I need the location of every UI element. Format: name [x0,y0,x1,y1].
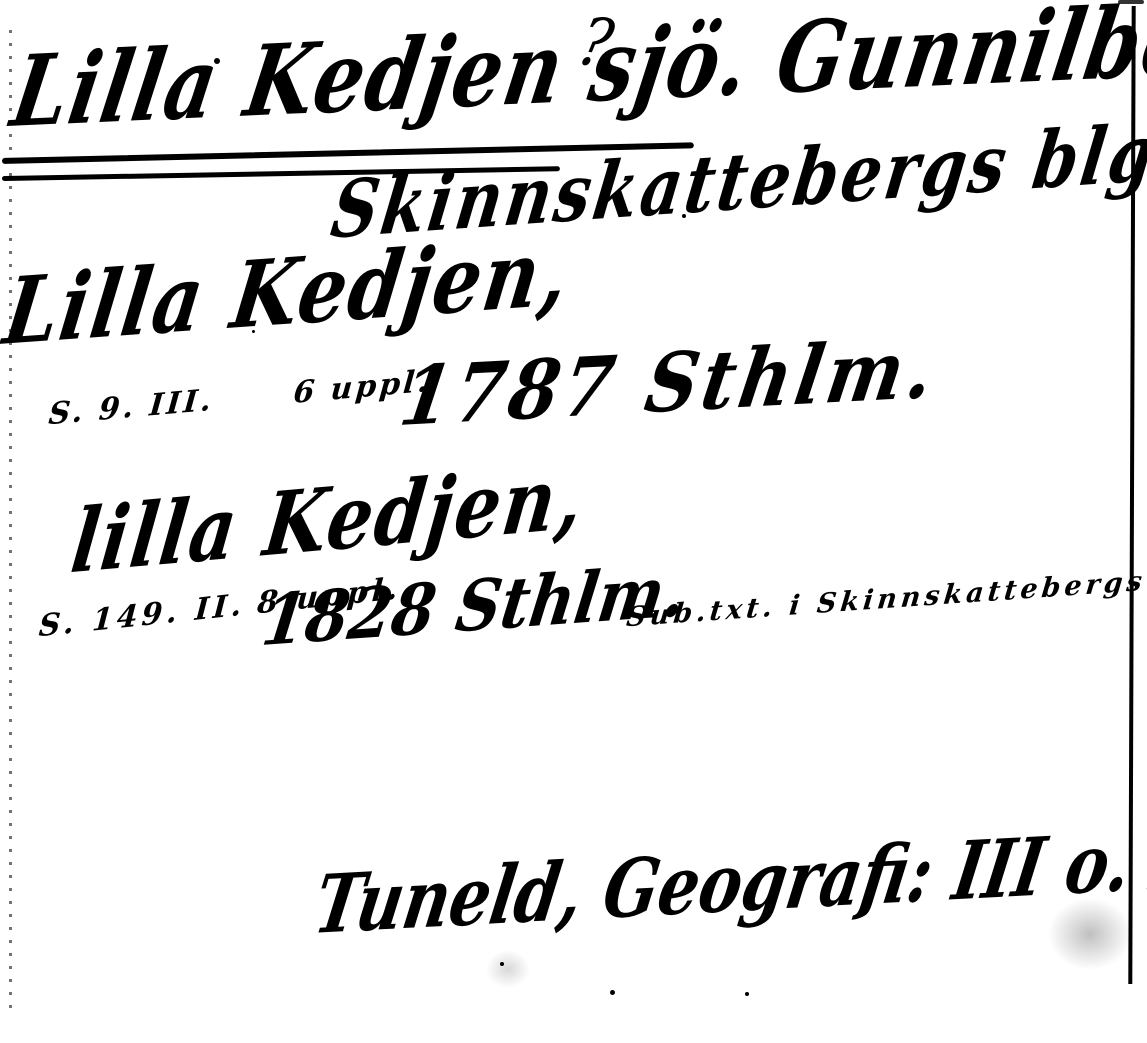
card-title-descriptor: sjö. Gunnilbo sn. [582,0,1147,125]
scan-speck [682,214,686,218]
entry-reference-group: S. 9. III.6 uppl. [47,367,432,431]
scan-speck [214,58,220,64]
card-title-name: Lilla Kedjen [4,11,573,150]
entry-name: Lilla Kedjen, [0,227,576,359]
imprint: 1828 Sthlm. [258,556,690,656]
scanned-index-card: Lilla Kedjensjö. Gunnilbo sn. ? Skinnska… [0,0,1147,1043]
scan-speck [466,100,471,105]
subtext-note: Sub.txt. i Skinnskattebergs sn. [625,563,1147,631]
imprint: 1787 Sthlm. [395,328,943,437]
card-left-edge [9,30,12,1015]
page-ref: S. 149. II. [38,587,247,644]
source-line: Tuneld, Geografi: III o. II [309,819,1147,947]
card-top-right-edge-mark [1118,0,1144,4]
page-ref: S. 9. III. [47,383,215,433]
scan-smudge [486,950,530,988]
scan-speck [610,990,615,995]
scan-smudge [1048,898,1132,970]
scan-speck [252,330,255,333]
scan-speck [745,992,749,996]
